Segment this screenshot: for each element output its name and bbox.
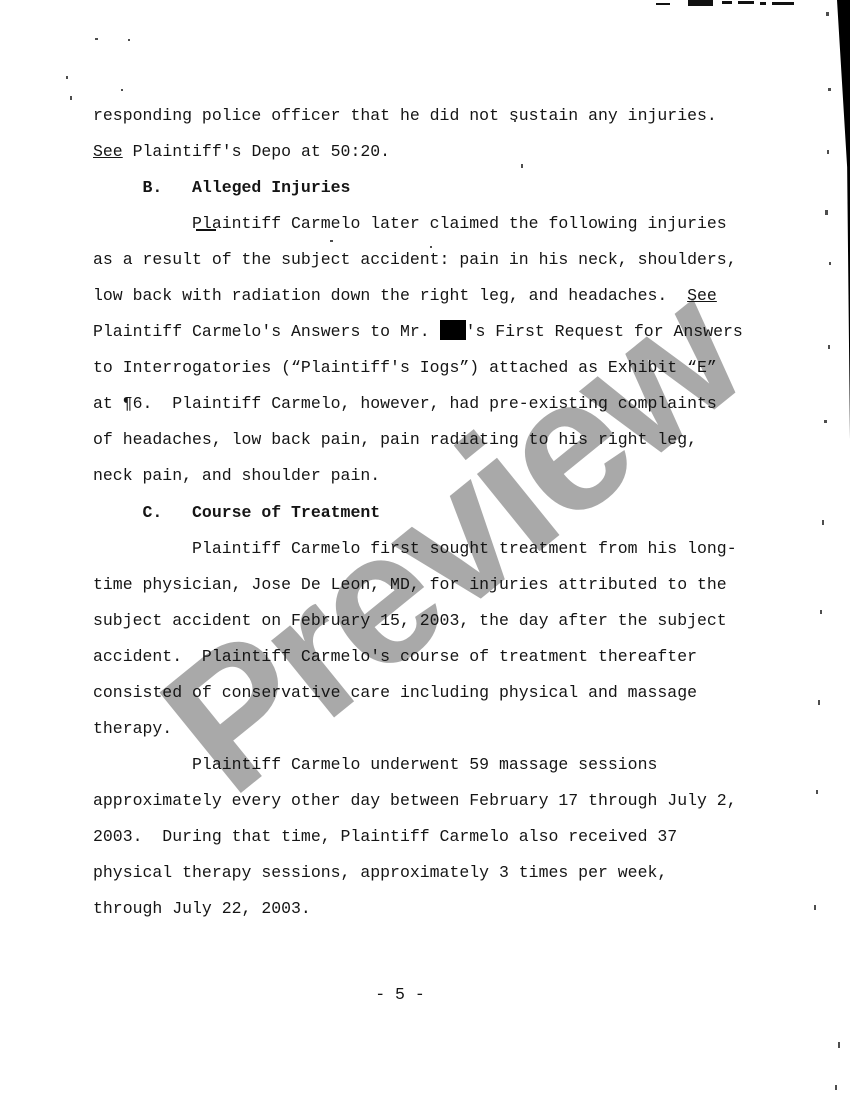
document-line: at ¶6. Plaintiff Carmelo, however, had p… [93,386,783,422]
scan-speck [828,345,830,349]
text-run: of headaches, low back pain, pain radiat… [93,430,697,449]
text-run: to Interrogatories (“Plaintiff's Iogs”) … [93,358,717,377]
document-line: See Plaintiff's Depo at 50:20. [93,134,783,170]
text-run: accident. Plaintiff Carmelo's course of … [93,647,697,666]
text-run: See [687,286,717,305]
text-run: consisted of conservative care including… [93,683,697,702]
text-run: time physician, Jose De Leon, MD, for in… [93,575,727,594]
text-run: Plaintiff Carmelo first sought treatment… [93,539,737,558]
document-line: Plaintiff Carmelo first sought treatment… [93,531,783,567]
scan-mark [656,3,670,5]
document-line: accident. Plaintiff Carmelo's course of … [93,639,783,675]
document-line: physical therapy sessions, approximately… [93,855,783,891]
document-line: time physician, Jose De Leon, MD, for in… [93,567,783,603]
scan-speck [828,88,831,91]
document-line: 2003. During that time, Plaintiff Carmel… [93,819,783,855]
scan-speck [814,905,816,910]
document-line: C. Course of Treatment [93,495,783,531]
document-line: through July 22, 2003. [93,891,783,927]
document-line: therapy. [93,711,783,747]
scan-mark [722,1,732,4]
text-run: as a result of the subject accident: pai… [93,250,737,269]
scan-speck [816,790,818,794]
text-run: Plaintiff Carmelo underwent 59 massage s… [93,755,657,774]
scan-mark [738,1,754,4]
document-line: of headaches, low back pain, pain radiat… [93,422,783,458]
scan-speck [835,1085,837,1090]
redaction-box [440,320,466,340]
scan-mark [688,0,713,6]
text-run: low back with radiation down the right l… [93,286,687,305]
text-run: neck pain, and shoulder pain. [93,466,380,485]
document-line: Plaintiff Carmelo later claimed the foll… [93,206,783,242]
scan-edge-wedge [837,0,850,440]
document-line: to Interrogatories (“Plaintiff's Iogs”) … [93,350,783,386]
document-line: consisted of conservative care including… [93,675,783,711]
document-line: responding police officer that he did no… [93,98,783,134]
scan-speck [70,96,72,100]
text-run: 2003. During that time, Plaintiff Carmel… [93,827,677,846]
scan-speck [66,76,68,79]
scan-mark [760,2,766,5]
document-line: subject accident on February 15, 2003, t… [93,603,783,639]
scan-speck [825,210,828,215]
text-run: Plaintiff's Depo at 50:20. [123,142,390,161]
scan-speck [820,610,822,614]
text-run: at ¶6. Plaintiff Carmelo, however, had p… [93,394,717,413]
text-run: Plaintiff Carmelo's Answers to Mr. [93,322,440,341]
text-run: responding police officer that he did no… [93,106,717,125]
text-run: subject accident on February 15, 2003, t… [93,611,727,630]
text-run: through July 22, 2003. [93,899,311,918]
text-run: See [93,142,123,161]
text-run: therapy. [93,719,172,738]
scan-speck [829,262,831,265]
document-line: neck pain, and shoulder pain. [93,458,783,494]
document-body: responding police officer that he did no… [93,98,783,927]
document-line: Plaintiff Carmelo underwent 59 massage s… [93,747,783,783]
document-line: approximately every other day between Fe… [93,783,783,819]
document-line: B. Alleged Injuries [93,170,783,206]
scan-speck [824,420,827,423]
scan-speck [95,38,98,40]
text-run: B. Alleged Injuries [93,178,350,197]
scan-mark [772,2,794,5]
text-run: 's First Request for Answers [466,322,743,341]
page-number: - 5 - [0,985,800,1004]
document-line: Plaintiff Carmelo's Answers to Mr. 's Fi… [93,314,783,350]
text-run: approximately every other day between Fe… [93,791,737,810]
scan-speck [826,12,829,16]
scan-speck [838,1042,840,1048]
scan-speck [822,520,824,525]
scan-speck [827,150,829,154]
scan-speck [121,89,123,91]
text-run: C. Course of Treatment [93,503,380,522]
document-line: as a result of the subject accident: pai… [93,242,783,278]
text-run: Plaintiff Carmelo later claimed the foll… [93,214,727,233]
document-line: low back with radiation down the right l… [93,278,783,314]
text-run: physical therapy sessions, approximately… [93,863,667,882]
scanned-document-page: Preview responding police officer that h… [0,0,850,1104]
scan-speck [128,39,130,41]
scan-speck [818,700,820,705]
